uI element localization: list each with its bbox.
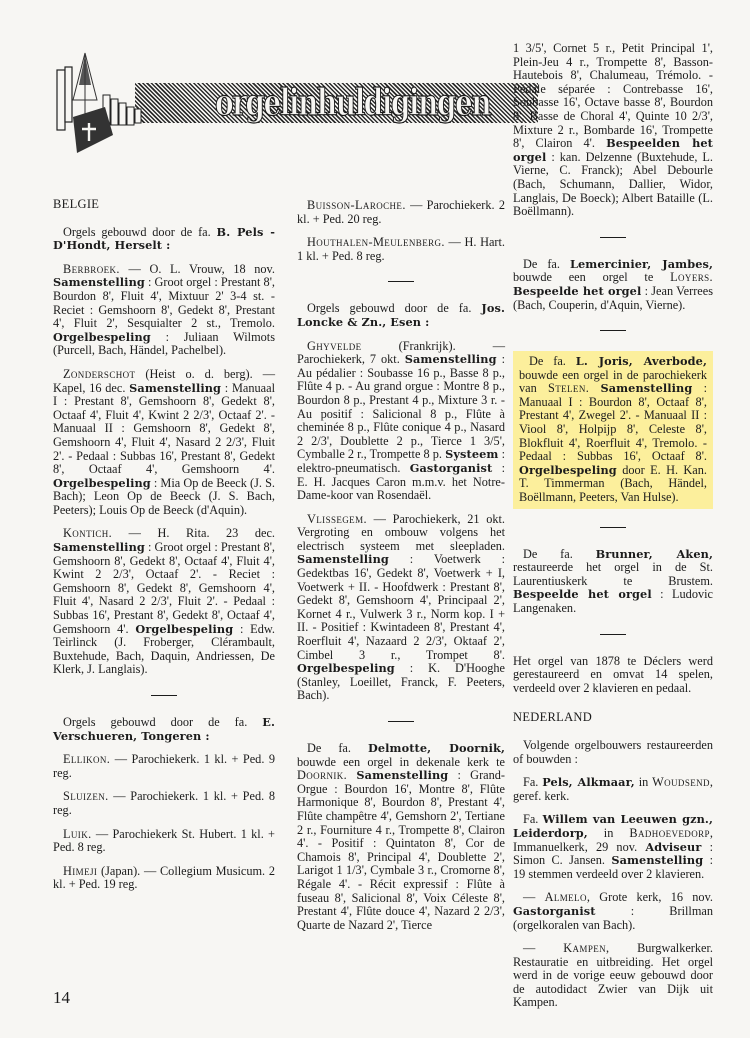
entry-houthalen: Houthalen-Meulenberg. — H. Hart. 1 kl. +… xyxy=(297,236,505,263)
entry-joris-highlighted: De fa. L. Joris, Averbode, bouwde een or… xyxy=(513,351,713,509)
place-name: Stelen. xyxy=(548,381,589,395)
place-name: Buisson-Laroche. xyxy=(307,198,406,212)
entry-text: De fa. xyxy=(523,547,596,561)
intro-text: Orgels gebouwd door de fa. xyxy=(307,301,471,315)
firm-intro-verschueren: Orgels gebouwd door de fa. E. Verschuere… xyxy=(53,716,275,743)
place-name: Loyers. xyxy=(670,270,713,284)
label: Systeem xyxy=(445,447,498,461)
place-name: Sluizen. xyxy=(63,789,109,803)
entry-text: — xyxy=(523,890,545,904)
firm-name: Pels, Alkmaar, xyxy=(542,775,635,789)
heading-nederland: NEDERLAND xyxy=(513,711,713,725)
label: Orgelbespeling xyxy=(519,463,617,477)
entry-text: Fa. xyxy=(523,775,542,789)
entry-text: : Voetwerk : Gedektbas 16', Gedekt 8', V… xyxy=(297,552,505,661)
firm-name: L. Joris, Averbode, xyxy=(576,354,707,368)
label: Samenstelling xyxy=(297,552,389,566)
entry-luik: Luik. — Parochiekerk St. Hubert. 1 kl. +… xyxy=(53,828,275,855)
organ-pipes-hand-cross-icon xyxy=(55,45,165,155)
column-1: BELGIE Orgels gebouwd door de fa. B. Pel… xyxy=(53,198,275,902)
place-name: Kontich. xyxy=(63,526,112,540)
label: Samenstelling xyxy=(53,540,145,554)
divider xyxy=(600,527,626,528)
label: Samenstelling xyxy=(129,381,221,395)
label: Gastorganist xyxy=(410,461,493,475)
entry-berbroek: Berbroek. — O. L. Vrouw, 18 nov. Samenst… xyxy=(53,263,275,358)
place-name: Almelo xyxy=(545,890,587,904)
place-name: Kampen xyxy=(563,941,606,955)
entry-text: — H. Rita. 23 dec. xyxy=(112,526,275,540)
place-name: Houthalen-Meulenberg. xyxy=(307,235,445,249)
entry-himeji: Himeji (Japan). — Collegium Musicum. 2 k… xyxy=(53,865,275,892)
entry-delmotte-continued: 1 3/5', Cornet 5 r., Petit Principal 1',… xyxy=(513,42,713,219)
firm-name: Lemercinier, Jambes, xyxy=(570,257,713,271)
place-name: Vlissegem. xyxy=(307,512,367,526)
divider xyxy=(151,695,177,696)
divider xyxy=(600,634,626,635)
place-name: Zonderschot xyxy=(63,367,135,381)
entry-sluizen: Sluizen. — Parochiekerk. 1 kl. + Ped. 8 … xyxy=(53,790,275,817)
entry-text: , Grote kerk, 16 nov. xyxy=(587,890,713,904)
entry-declers: Het orgel van 1878 te Déclers werd geres… xyxy=(513,655,713,696)
place-name: Himeji xyxy=(63,864,97,878)
label: Orgelbespeling xyxy=(53,330,151,344)
place-name: Ghyvelde xyxy=(307,339,362,353)
place-name: Luik. xyxy=(63,827,92,841)
entry-text: De fa. xyxy=(523,257,570,271)
entry-text: in xyxy=(588,826,630,840)
entry-delmotte: De fa. Delmotte, Doornik, bouwde een org… xyxy=(297,742,505,932)
entry-text: : Grand-Orgue : Bourdon 16', Montre 8', … xyxy=(297,768,505,932)
entry-almelo: — Almelo, Grote kerk, 16 nov. Gastorgani… xyxy=(513,891,713,932)
label: Samenstelling xyxy=(356,768,448,782)
entry-text: — O. L. Vrouw, 18 nov. xyxy=(120,262,275,276)
firm-intro-loncke: Orgels gebouwd door de fa. Jos. Loncke &… xyxy=(297,302,505,329)
firm-name: Brunner, Aken, xyxy=(596,547,713,561)
entry-text: in xyxy=(635,775,652,789)
firm-name: Delmotte, Doornik, xyxy=(368,741,505,755)
entry-text: : Manuaal I : Prestant 8', Gemshoorn 8',… xyxy=(53,381,275,477)
label: Bespeelde het orgel xyxy=(513,284,641,298)
divider xyxy=(600,330,626,331)
divider xyxy=(388,281,414,282)
entry-text: Fa. xyxy=(523,812,543,826)
column-2: Buisson-Laroche. — Parochiekerk. 2 kl. +… xyxy=(297,199,505,942)
label: Adviseur xyxy=(645,840,701,854)
entry-text: bouwde een orgel in dekenale kerk te xyxy=(297,755,505,769)
divider xyxy=(600,237,626,238)
label: Orgelbespeling xyxy=(53,476,151,490)
entry-text: restaureerde het orgel in de St. Laurent… xyxy=(513,560,713,588)
entry-text: De fa. xyxy=(529,354,576,368)
place-name: Ellikon. xyxy=(63,752,110,766)
section-banner: orgelinhuldigingen xyxy=(55,45,495,155)
entry-pels: Fa. Pels, Alkmaar, in Woudsend, geref. k… xyxy=(513,776,713,803)
place-name: Badhoevedorp xyxy=(629,826,710,840)
label: Samenstelling xyxy=(600,381,692,395)
banner-title: orgelinhuldigingen xyxy=(215,77,465,129)
entry-text: 1 3/5', Cornet 5 r., Petit Principal 1',… xyxy=(513,41,713,150)
entry-text: — xyxy=(523,941,563,955)
place-name: Doornik. xyxy=(297,768,347,782)
intro-text: Orgels gebouwd door de fa. xyxy=(63,715,247,729)
entry-zonderschot: Zonderschot (Heist o. d. berg). — Kapel,… xyxy=(53,368,275,518)
place-name: Woudsend xyxy=(652,775,710,789)
entry-text: : Au pédalier : Soubasse 16 p., Basse 8 … xyxy=(297,352,505,461)
firm-intro-pels: Orgels gebouwd door de fa. B. Pels - D'H… xyxy=(53,226,275,253)
entry-ghyvelde: Ghyvelde (Frankrijk). — Parochiekerk, 7 … xyxy=(297,340,505,503)
entry-brunner: De fa. Brunner, Aken, restaureerde het o… xyxy=(513,548,713,616)
divider xyxy=(388,721,414,722)
label: Orgelbespeling xyxy=(297,661,395,675)
page-number: 14 xyxy=(53,988,70,1008)
entry-buisson: Buisson-Laroche. — Parochiekerk. 2 kl. +… xyxy=(297,199,505,226)
entry-ellikon: Ellikon. — Parochiekerk. 1 kl. + Ped. 9 … xyxy=(53,753,275,780)
entry-lemercinier: De fa. Lemercinier, Jambes, bouwde een o… xyxy=(513,258,713,312)
column-3: 1 3/5', Cornet 5 r., Petit Principal 1',… xyxy=(513,42,713,1020)
label: Orgelbespeling xyxy=(135,622,233,636)
entry-kontich: Kontich. — H. Rita. 23 dec. Samenstellin… xyxy=(53,527,275,677)
entry-text: bouwde een orgel te xyxy=(513,270,670,284)
nl-intro: Volgende orgelbouwers restaureerden of b… xyxy=(513,739,713,766)
label: Samenstelling xyxy=(405,352,497,366)
entry-vlissegem: Vlissegem. — Parochiekerk, 21 okt. Vergr… xyxy=(297,513,505,703)
label: Bespeelde het orgel xyxy=(513,587,652,601)
label: Gastorganist xyxy=(513,904,596,918)
place-name: Berbroek. xyxy=(63,262,120,276)
label: Samenstelling xyxy=(611,853,703,867)
heading-belgie: BELGIE xyxy=(53,198,275,212)
label: Samenstelling xyxy=(53,275,145,289)
entry-leeuwen: Fa. Willem van Leeuwen gzn., Leiderdorp,… xyxy=(513,813,713,881)
intro-text: Orgels gebouwd door de fa. xyxy=(63,225,211,239)
entry-text: De fa. xyxy=(307,741,368,755)
entry-kampen: — Kampen, Burgwalkerker. Restauratie en … xyxy=(513,942,713,1010)
